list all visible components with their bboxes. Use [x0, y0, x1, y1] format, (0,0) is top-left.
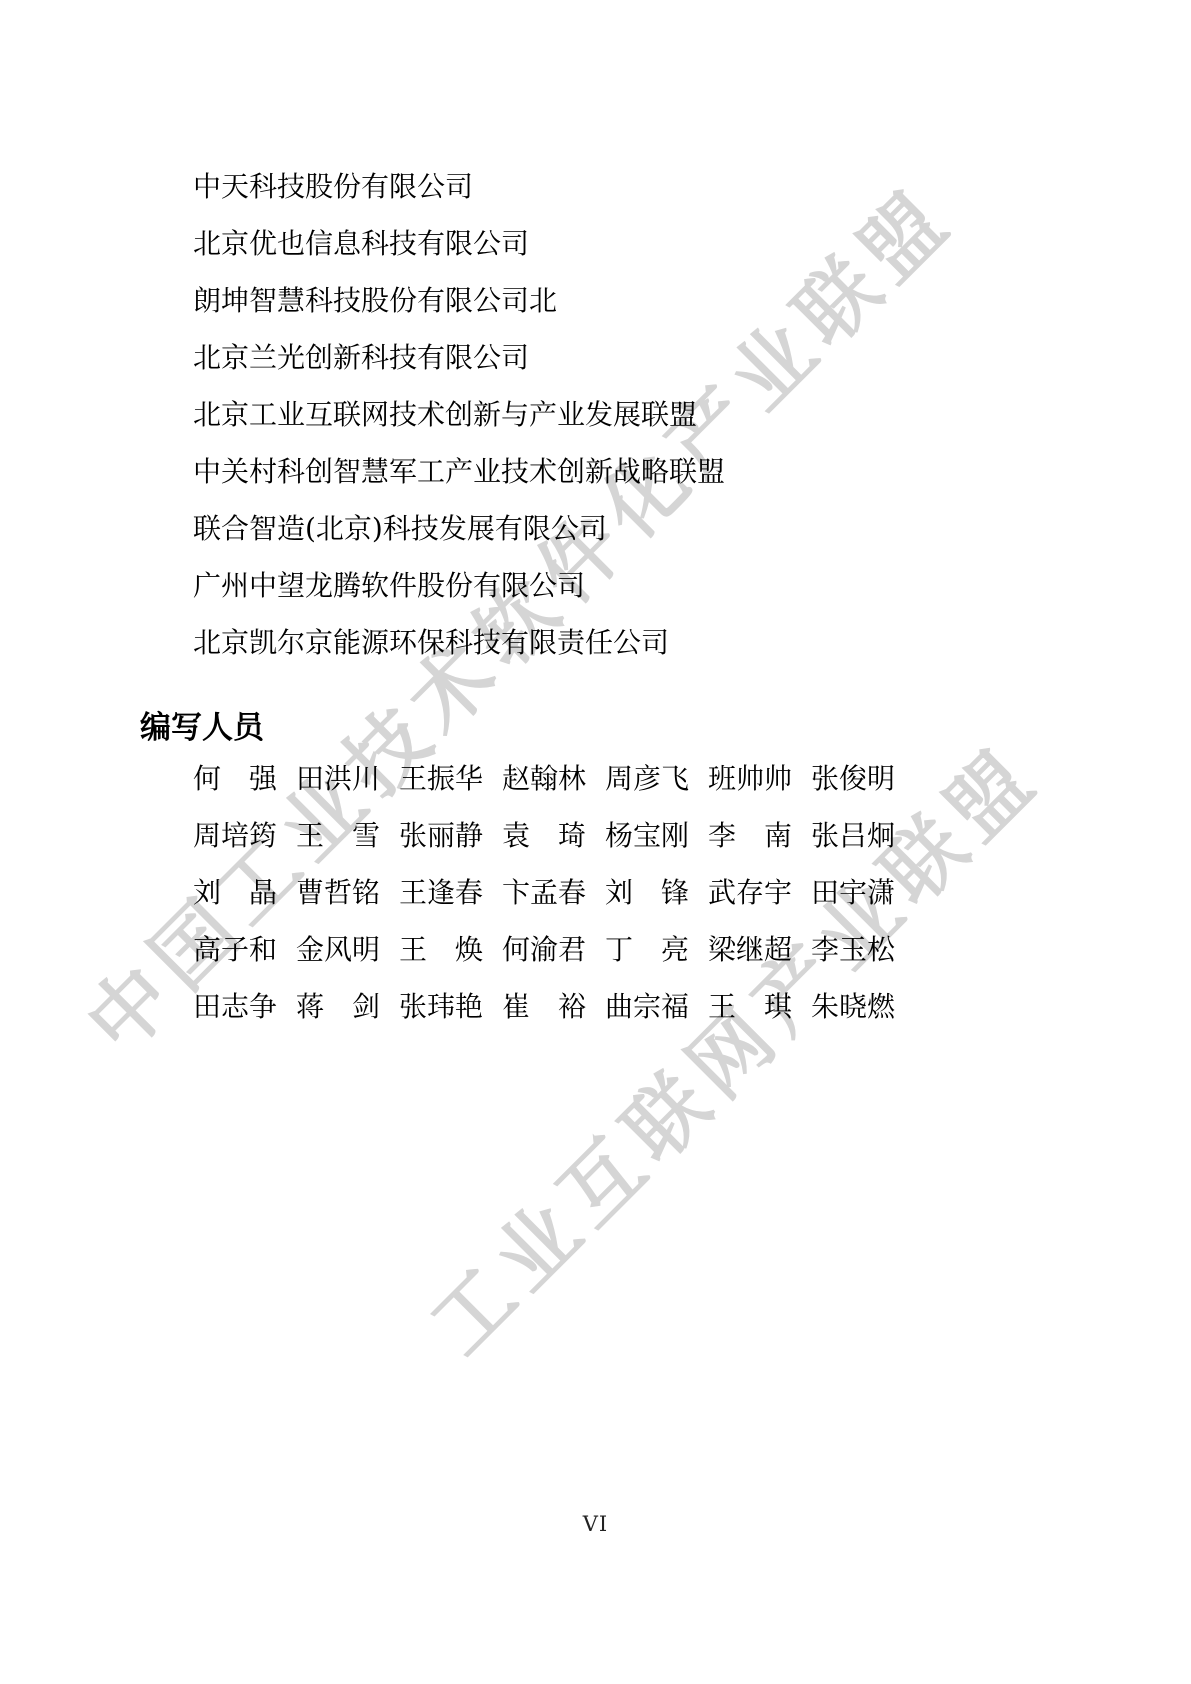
author-name: 王 焕: [399, 936, 483, 964]
authors-section-heading: 编写人员: [140, 702, 264, 747]
author-name: 赵翰林: [502, 765, 586, 793]
author-name: 王 琪: [708, 993, 792, 1021]
author-name: 何渝君: [502, 936, 586, 964]
author-name: 崔 裕: [502, 993, 586, 1021]
author-name: 张丽静: [399, 822, 483, 850]
author-name: 田志争: [193, 993, 277, 1021]
company-item: 北京工业互联网技术创新与产业发展联盟: [193, 386, 725, 443]
author-name: 周培筠: [193, 822, 277, 850]
company-item: 北京优也信息科技有限公司: [193, 215, 725, 272]
author-name: 王振华: [399, 765, 483, 793]
author-name: 田洪川: [296, 765, 380, 793]
author-name: 杨宝刚: [605, 822, 689, 850]
author-name: 张玮艳: [399, 993, 483, 1021]
company-item: 联合智造(北京)科技发展有限公司: [193, 500, 725, 557]
author-name: 梁继超: [708, 936, 792, 964]
page-number: VI: [0, 1512, 1191, 1536]
author-name: 周彦飞: [605, 765, 689, 793]
author-name: 卞孟春: [502, 879, 586, 907]
author-name: 张俊明: [811, 765, 895, 793]
author-name: 李 南: [708, 822, 792, 850]
company-list: 中天科技股份有限公司 北京优也信息科技有限公司 朗坤智慧科技股份有限公司北 北京…: [193, 158, 725, 671]
author-name: 金风明: [296, 936, 380, 964]
company-item: 中关村科创智慧军工产业技术创新战略联盟: [193, 443, 725, 500]
author-name-grid: 何 强 田洪川 王振华 赵翰林 周彦飞 班帅帅 张俊明 周培筠 王 雪 张丽静 …: [193, 765, 895, 1021]
author-name: 袁 琦: [502, 822, 586, 850]
author-name: 武存宇: [708, 879, 792, 907]
author-name: 王 雪: [296, 822, 380, 850]
company-item: 中天科技股份有限公司: [193, 158, 725, 215]
author-name: 刘 晶: [193, 879, 277, 907]
author-name: 朱晓燃: [811, 993, 895, 1021]
author-name: 王逢春: [399, 879, 483, 907]
company-item: 北京兰光创新科技有限公司: [193, 329, 725, 386]
author-name: 田宇潇: [811, 879, 895, 907]
author-name: 张吕炯: [811, 822, 895, 850]
author-name: 蒋 剑: [296, 993, 380, 1021]
author-name: 曲宗福: [605, 993, 689, 1021]
author-name: 曹哲铭: [296, 879, 380, 907]
author-name: 何 强: [193, 765, 277, 793]
company-item: 朗坤智慧科技股份有限公司北: [193, 272, 725, 329]
author-name: 丁 亮: [605, 936, 689, 964]
company-item: 北京凯尔京能源环保科技有限责任公司: [193, 614, 725, 671]
author-name: 李玉松: [811, 936, 895, 964]
author-name: 刘 锋: [605, 879, 689, 907]
author-name: 班帅帅: [708, 765, 792, 793]
company-item: 广州中望龙腾软件股份有限公司: [193, 557, 725, 614]
author-name: 高子和: [193, 936, 277, 964]
